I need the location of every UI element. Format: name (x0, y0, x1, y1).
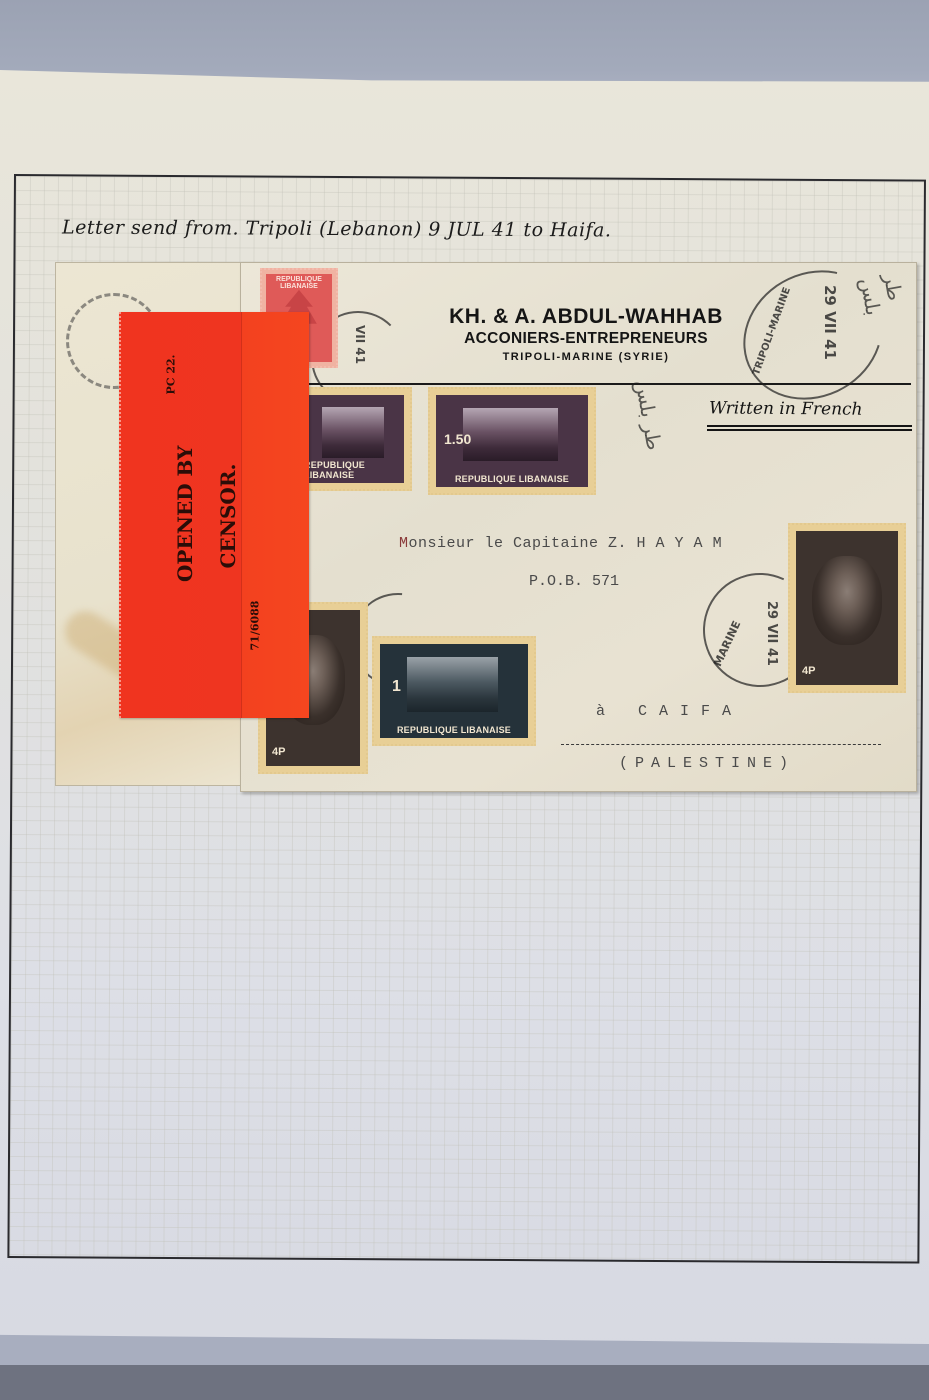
stamp-country: REPUBLIQUE LIBANAISE (266, 276, 332, 290)
address-rule (561, 744, 881, 745)
censor-form-number: PC 22. (165, 355, 178, 395)
address-line-3: à CAIFA (596, 703, 743, 720)
address-name: onsieur le Capitaine Z. H A Y A M (409, 535, 723, 552)
address-initial: M (399, 535, 409, 552)
stamp-landscape: REPUBLIQUE LIBANAISE (296, 387, 412, 491)
stamp-country: REPUBLIQUE LIBANAISE (397, 725, 511, 738)
stamp-value: 1.50 (444, 431, 471, 447)
stamp-country: REPUBLIQUE LIBANAISE (304, 460, 404, 483)
postmark-date: VII 41 (353, 325, 367, 364)
landscape-image (322, 407, 384, 458)
landscape-image (407, 657, 499, 712)
stamp-landscape: 1 REPUBLIQUE LIBANAISE (372, 636, 536, 746)
backdrop (0, 1365, 929, 1400)
letterhead: KH. & A. ABDUL-WAHHAB ACCONIERS-ENTREPRE… (406, 305, 766, 363)
stamp-value: 4P (802, 665, 815, 677)
note-underline (707, 425, 912, 427)
stamp-landscape: 1.50 REPUBLIQUE LIBANAISE (428, 387, 596, 495)
letterhead-name: KH. & A. ABDUL-WAHHAB (406, 305, 766, 329)
stamp-value: 4P (272, 746, 285, 758)
stamp-portrait: 4P (788, 523, 906, 693)
postmark-date: 29 VII 41 (821, 285, 839, 360)
censor-line-1: OPENED BY (173, 402, 197, 582)
address-line-2: P.O.B. 571 (529, 573, 619, 590)
address-line-1: Monsieur le Capitaine Z. H A Y A M (399, 535, 722, 552)
censor-label: PC 22. OPENED BY CENSOR. 71/6088 (119, 312, 309, 718)
censor-serial: 71/6088 (248, 601, 261, 651)
portrait-image (812, 556, 881, 645)
arabic-postmark: ﻃﺮ ﺑﻠﺲ (855, 272, 913, 342)
letterhead-place: TRIPOLI-MARINE (SYRIE) (406, 351, 766, 363)
stamp-country: REPUBLIQUE LIBANAISE (455, 474, 569, 487)
censor-fold (241, 312, 242, 718)
album-caption: Letter send from. Tripoli (Lebanon) 9 JU… (62, 217, 612, 242)
arabic-postmark: ﻃﺮ ﺑﻠﺲ (631, 378, 667, 452)
handwritten-note: Written in French (709, 398, 863, 419)
stamp-value: 1 (392, 678, 401, 696)
censor-line-2: CENSOR. (216, 456, 240, 576)
letterhead-trade: ACCONIERS-ENTREPRENEURS (406, 330, 766, 348)
landscape-image (463, 408, 557, 461)
postmark-date: 29 VII 41 (764, 601, 779, 666)
address-line-4: (PALESTINE) (619, 755, 795, 772)
